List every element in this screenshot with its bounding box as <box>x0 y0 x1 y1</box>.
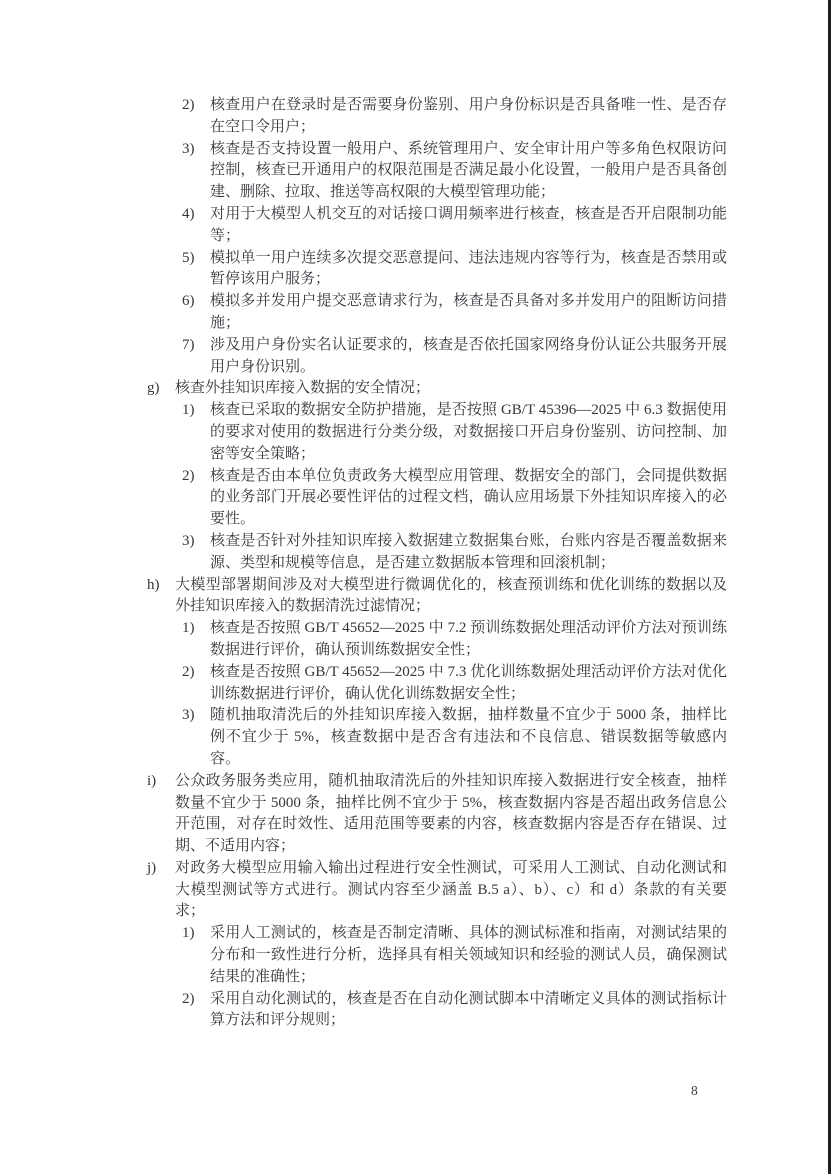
list-item-marker: 1) <box>182 923 195 945</box>
list-item-marker: 2) <box>182 95 195 117</box>
list-item-text: 核查外挂知识库接入数据的安全情况； <box>175 378 727 400</box>
list-item-marker: 3) <box>182 531 195 553</box>
list-item: h) 大模型部署期间涉及对大模型进行微调优化的，核查预训练和优化训练的数据以及外… <box>147 575 727 619</box>
list-item-marker: 1) <box>182 618 195 640</box>
list-item: 4) 对用于大模型人机交互的对话接口调用频率进行核查，核查是否开启限制功能等； <box>182 204 727 248</box>
list-item: j) 对政务大模型应用输入输出过程进行安全性测试，可采用人工测试、自动化测试和大… <box>147 858 727 923</box>
list-item: 2) 核查是否由本单位负责政务大模型应用管理、数据安全的部门，会同提供数据的业务… <box>182 466 727 531</box>
list-item-text: 核查是否按照 GB/T 45652—2025 中 7.3 优化训练数据处理活动评… <box>210 662 727 706</box>
list-item-marker: h) <box>147 575 160 597</box>
list-item-text: 核查是否由本单位负责政务大模型应用管理、数据安全的部门，会同提供数据的业务部门开… <box>210 466 727 531</box>
document-page: 2) 核查用户在登录时是否需要身份鉴别、用户身份标识是否具备唯一性、是否存在空口… <box>0 0 831 1174</box>
list-item-marker: i) <box>147 771 156 793</box>
list-item-text: 采用自动化测试的，核查是否在自动化测试脚本中清晰定义具体的测试指标计算方法和评分… <box>210 989 727 1033</box>
list-item: 2) 采用自动化测试的，核查是否在自动化测试脚本中清晰定义具体的测试指标计算方法… <box>182 989 727 1033</box>
list-item: 6) 模拟多并发用户提交恶意请求行为，核查是否具备对多并发用户的阻断访问措施； <box>182 291 727 335</box>
list-item-text: 涉及用户身份实名认证要求的，核查是否依托国家网络身份认证公共服务开展用户身份识别… <box>210 335 727 379</box>
list-item-text: 对用于大模型人机交互的对话接口调用频率进行核查，核查是否开启限制功能等； <box>210 204 727 248</box>
list-item: 5) 模拟单一用户连续多次提交恶意提问、违法违规内容等行为，核查是否禁用或暂停该… <box>182 248 727 292</box>
list-item-text: 核查是否支持设置一般用户、系统管理用户、安全审计用户等多角色权限访问控制，核查已… <box>210 139 727 204</box>
list-item: 1) 核查已采取的数据安全防护措施，是否按照 GB/T 45396—2025 中… <box>182 400 727 465</box>
list-item-marker: 4) <box>182 204 195 226</box>
document-body: 2) 核查用户在登录时是否需要身份鉴别、用户身份标识是否具备唯一性、是否存在空口… <box>147 95 727 1032</box>
list-item-text: 公众政务服务类应用，随机抽取清洗后的外挂知识库接入数据进行安全核查，抽样数量不宜… <box>175 771 727 858</box>
list-item: 3) 核查是否支持设置一般用户、系统管理用户、安全审计用户等多角色权限访问控制，… <box>182 139 727 204</box>
list-item-text: 随机抽取清洗后的外挂知识库接入数据，抽样数量不宜少于 5000 条，抽样比例不宜… <box>210 705 727 770</box>
list-item: 2) 核查用户在登录时是否需要身份鉴别、用户身份标识是否具备唯一性、是否存在空口… <box>182 95 727 139</box>
page-edge-shadow <box>828 0 831 1174</box>
list-item-marker: 5) <box>182 248 195 270</box>
list-item-marker: 1) <box>182 400 195 422</box>
list-item-marker: 3) <box>182 705 195 727</box>
page-number: 8 <box>691 1083 698 1099</box>
list-item-marker: 2) <box>182 989 195 1011</box>
list-item: g) 核查外挂知识库接入数据的安全情况； <box>147 378 727 400</box>
list-item: 1) 核查是否按照 GB/T 45652—2025 中 7.2 预训练数据处理活… <box>182 618 727 662</box>
list-item-marker: j) <box>147 858 156 880</box>
list-item: 3) 核查是否针对外挂知识库接入数据建立数据集台账，台账内容是否覆盖数据来源、类… <box>182 531 727 575</box>
list-item-text: 模拟单一用户连续多次提交恶意提问、违法违规内容等行为，核查是否禁用或暂停该用户服… <box>210 248 727 292</box>
list-item-text: 核查已采取的数据安全防护措施，是否按照 GB/T 45396—2025 中 6.… <box>210 400 727 465</box>
list-item: 3) 随机抽取清洗后的外挂知识库接入数据，抽样数量不宜少于 5000 条，抽样比… <box>182 705 727 770</box>
list-item: i) 公众政务服务类应用，随机抽取清洗后的外挂知识库接入数据进行安全核查，抽样数… <box>147 771 727 858</box>
list-item-marker: 2) <box>182 662 195 684</box>
list-item-marker: 3) <box>182 139 195 161</box>
list-item: 1) 采用人工测试的，核查是否制定清晰、具体的测试标准和指南，对测试结果的分布和… <box>182 923 727 988</box>
list-item: 2) 核查是否按照 GB/T 45652—2025 中 7.3 优化训练数据处理… <box>182 662 727 706</box>
list-item-text: 对政务大模型应用输入输出过程进行安全性测试，可采用人工测试、自动化测试和大模型测… <box>175 858 727 923</box>
list-item-text: 采用人工测试的，核查是否制定清晰、具体的测试标准和指南，对测试结果的分布和一致性… <box>210 923 727 988</box>
list-item-marker: g) <box>147 378 160 400</box>
list-item-text: 大模型部署期间涉及对大模型进行微调优化的，核查预训练和优化训练的数据以及外挂知识… <box>175 575 727 619</box>
list-item-marker: 2) <box>182 466 195 488</box>
list-item-marker: 6) <box>182 291 195 313</box>
list-item: 7) 涉及用户身份实名认证要求的，核查是否依托国家网络身份认证公共服务开展用户身… <box>182 335 727 379</box>
list-item-text: 核查是否按照 GB/T 45652—2025 中 7.2 预训练数据处理活动评价… <box>210 618 727 662</box>
list-item-text: 核查是否针对外挂知识库接入数据建立数据集台账，台账内容是否覆盖数据来源、类型和规… <box>210 531 727 575</box>
list-item-text: 核查用户在登录时是否需要身份鉴别、用户身份标识是否具备唯一性、是否存在空口令用户… <box>210 95 727 139</box>
list-item-marker: 7) <box>182 335 195 357</box>
list-item-text: 模拟多并发用户提交恶意请求行为，核查是否具备对多并发用户的阻断访问措施； <box>210 291 727 335</box>
